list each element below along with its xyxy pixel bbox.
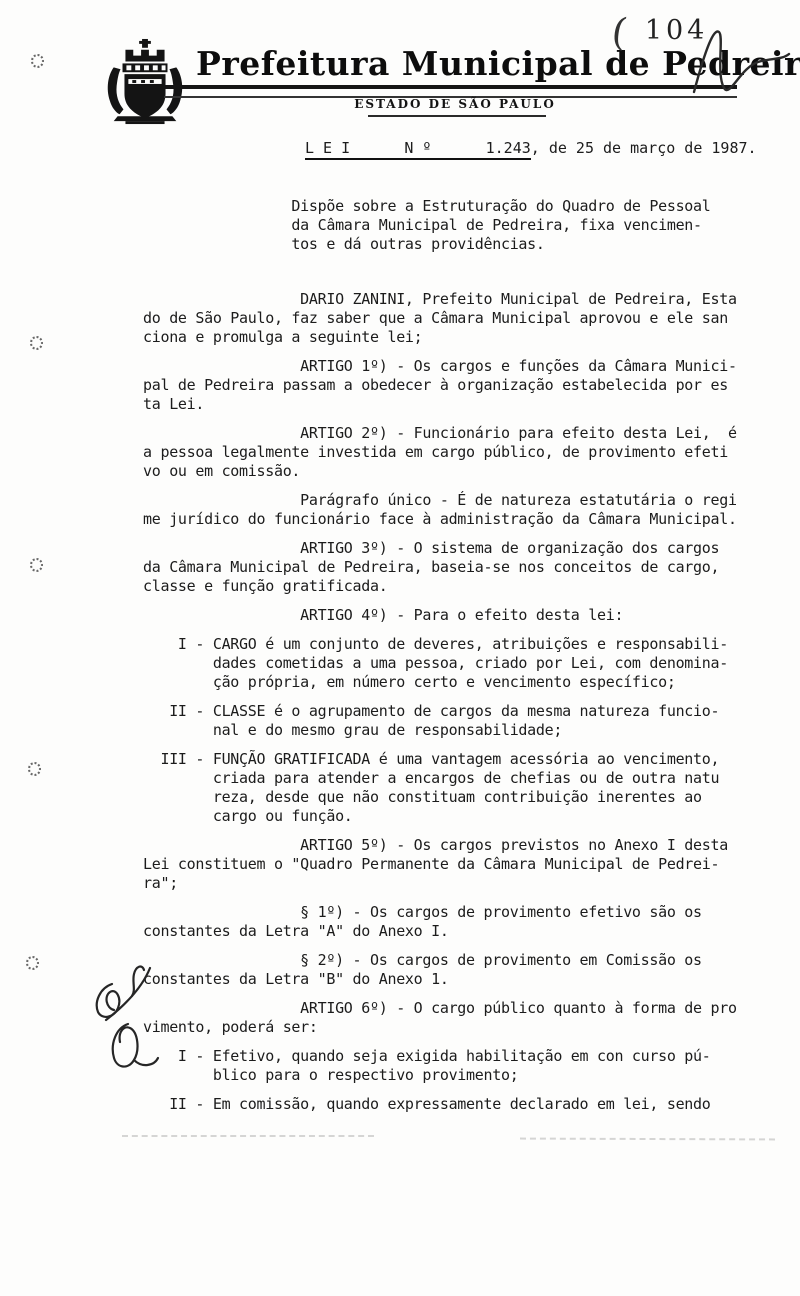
paragraph-ementa: Dispõe sobre a Estruturação do Quadro de… xyxy=(143,197,793,254)
paragraph-paragrafo-unico: Parágrafo único - É de natureza estatutá… xyxy=(143,491,793,529)
paragraph-preambulo: DARIO ZANINI, Prefeito Municipal de Pedr… xyxy=(143,290,793,347)
paragraph-artigo-5: ARTIGO 5º) - Os cargos previstos no Anex… xyxy=(143,836,793,893)
paragraph-artigo-6: ARTIGO 6º) - O cargo público quanto à fo… xyxy=(143,999,793,1037)
punch-hole-mark xyxy=(26,956,39,970)
punch-hole-mark xyxy=(30,558,43,572)
handwritten-initials-icon xyxy=(72,962,177,1080)
paragraph-artigo-6-inciso-1: I - Efetivo, quando seja exigida habilit… xyxy=(143,1047,793,1085)
paragraph-artigo-4-inciso-1: I - CARGO é um conjunto de deveres, atri… xyxy=(143,635,793,692)
municipal-coat-of-arms-icon xyxy=(95,38,195,126)
law-number-heading: L E I N º 1.243, de 25 de março de 1987. xyxy=(305,139,757,158)
law-number-underlined: L E I N º 1.243 xyxy=(305,139,531,160)
paragraph-artigo-4: ARTIGO 4º) - Para o efeito desta lei: xyxy=(143,606,793,625)
paragraph-artigo-2: ARTIGO 2º) - Funcionário para efeito des… xyxy=(143,424,793,481)
paragraph-artigo-1: ARTIGO 1º) - Os cargos e funções da Câma… xyxy=(143,357,793,414)
paragraph-artigo-6-inciso-2: II - Em comissão, quando expressamente d… xyxy=(143,1095,793,1114)
punch-hole-mark xyxy=(30,336,43,350)
scanned-law-document: Prefeitura Municipal de Pedreira ESTADO … xyxy=(0,0,800,1296)
punch-hole-mark xyxy=(28,762,41,776)
law-date: , de 25 de março de 1987. xyxy=(531,139,757,157)
paragraph-artigo-4-inciso-2: II - CLASSE é o agrupamento de cargos da… xyxy=(143,702,793,740)
scan-artifact-line xyxy=(520,1138,775,1141)
paragraph-artigo-5-par-1: § 1º) - Os cargos de provimento efetivo … xyxy=(143,903,793,941)
paragraph-artigo-3: ARTIGO 3º) - O sistema de organização do… xyxy=(143,539,793,596)
paragraph-artigo-4-inciso-3: III - FUNÇÃO GRATIFICADA é uma vantagem … xyxy=(143,750,793,826)
handwritten-flourish-icon xyxy=(688,22,793,97)
paragraph-artigo-5-par-2: § 2º) - Os cargos de provimento em Comis… xyxy=(143,951,793,989)
subtitle-rule xyxy=(368,115,546,120)
law-body: Dispõe sobre a Estruturação do Quadro de… xyxy=(143,197,793,1124)
handwritten-paren: ( xyxy=(609,9,634,55)
state-subtitle: ESTADO DE SÃO PAULO xyxy=(330,97,580,111)
punch-hole-mark xyxy=(31,54,44,68)
scan-artifact-line xyxy=(122,1135,374,1137)
